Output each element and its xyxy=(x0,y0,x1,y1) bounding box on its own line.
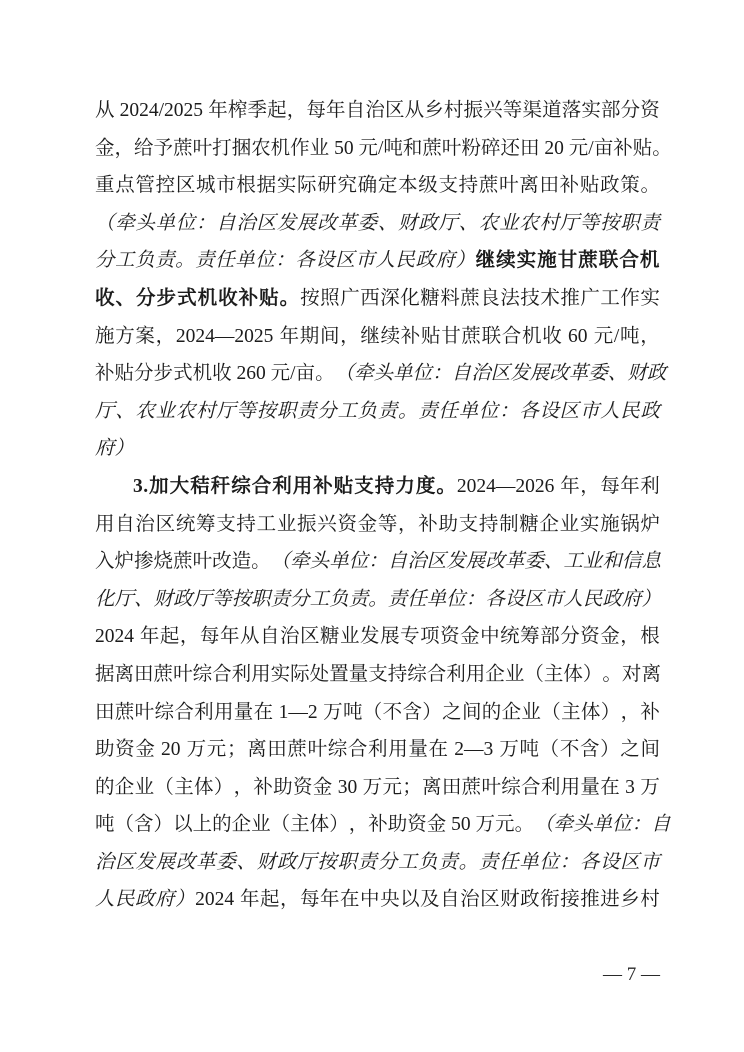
document-line: 助资金 20 万元；离田蔗叶综合利用量在 2—3 万吨（不含）之间 xyxy=(95,731,660,769)
document-line: 分工负责。责任单位：各设区市人民政府）继续实施甘蔗联合机 xyxy=(95,242,660,280)
document-line: 3.加大秸秆综合利用补贴支持力度。2024—2026 年，每年利 xyxy=(95,468,660,506)
document-line: 厅、农业农村厅等按职责分工负责。责任单位：各设区市人民政 xyxy=(95,393,660,431)
document-line: 吨（含）以上的企业（主体），补助资金 50 万元。（牵头单位：自 xyxy=(95,806,660,844)
document-body: 从 2024/2025 年榨季起，每年自治区从乡村振兴等渠道落实部分资金，给予蔗… xyxy=(95,92,660,919)
document-line: 化厅、财政厅等按职责分工负责。责任单位：各设区市人民政府） xyxy=(95,581,660,619)
document-line: 重点管控区城市根据实际研究确定本级支持蔗叶离田补贴政策。 xyxy=(95,167,660,205)
document-line: 府） xyxy=(95,430,660,468)
document-line: 据离田蔗叶综合利用实际处置量支持综合利用企业（主体）。对离 xyxy=(95,656,660,694)
document-line: 田蔗叶综合利用量在 1—2 万吨（不含）之间的企业（主体），补 xyxy=(95,694,660,732)
document-line: （牵头单位：自治区发展改革委、财政厅、农业农村厅等按职责 xyxy=(95,205,660,243)
document-line: 补贴分步式机收 260 元/亩。（牵头单位：自治区发展改革委、财政 xyxy=(95,355,660,393)
document-line: 收、分步式机收补贴。按照广西深化糖料蔗良法技术推广工作实 xyxy=(95,280,660,318)
document-line: 的企业（主体），补助资金 30 万元；离田蔗叶综合利用量在 3 万 xyxy=(95,769,660,807)
page-number: — 7 — xyxy=(603,963,660,987)
document-line: 从 2024/2025 年榨季起，每年自治区从乡村振兴等渠道落实部分资 xyxy=(95,92,660,130)
document-line: 用自治区统筹支持工业振兴资金等，补助支持制糖企业实施锅炉 xyxy=(95,506,660,544)
document-line: 2024 年起，每年从自治区糖业发展专项资金中统筹部分资金，根 xyxy=(95,618,660,656)
document-line: 金，给予蔗叶打捆农机作业 50 元/吨和蔗叶粉碎还田 20 元/亩补贴。 xyxy=(95,130,660,168)
document-page: 从 2024/2025 年榨季起，每年自治区从乡村振兴等渠道落实部分资金，给予蔗… xyxy=(0,0,744,1052)
document-line: 入炉掺烧蔗叶改造。（牵头单位：自治区发展改革委、工业和信息 xyxy=(95,543,660,581)
document-line: 施方案，2024—2025 年期间，继续补贴甘蔗联合机收 60 元/吨， xyxy=(95,318,660,356)
document-line: 治区发展改革委、财政厅按职责分工负责。责任单位：各设区市 xyxy=(95,844,660,882)
document-line: 人民政府）2024 年起，每年在中央以及自治区财政衔接推进乡村 xyxy=(95,881,660,919)
